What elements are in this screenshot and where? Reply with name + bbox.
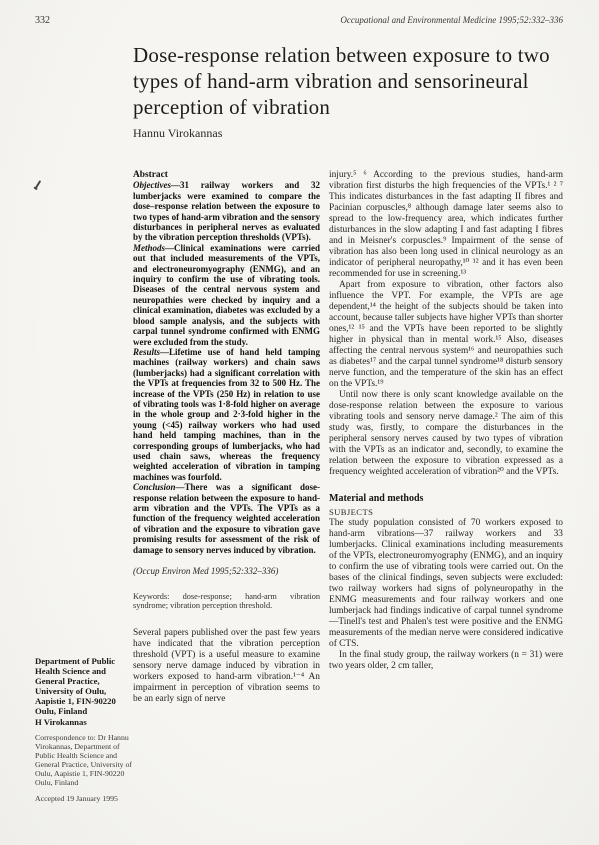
journal-citation-header: Occupational and Environmental Medicine … (340, 15, 563, 25)
affiliation-author: H Virokannas (35, 717, 132, 727)
abstract-conclusion: Conclusion—There was a significant dose-… (133, 482, 320, 555)
intro-paragraph-2: Apart from exposure to vibration, other … (329, 280, 563, 390)
abstract-section-label: Results (133, 347, 160, 357)
intro-paragraph-1: injury.⁵ ⁶ According to the previous stu… (329, 170, 563, 280)
paper-title: Dose-response relation between exposure … (133, 42, 569, 120)
margin-notes: Department of Public Health Science and … (35, 656, 132, 803)
abstract-section-text: —Clinical examinations were carried out … (133, 243, 320, 347)
intro-paragraph-left: Several papers published over the past f… (133, 628, 320, 705)
abstract-methods: Methods—Clinical examinations were carri… (133, 243, 320, 347)
abstract-section-label: Conclusion (133, 482, 176, 492)
right-column: injury.⁵ ⁶ According to the previous stu… (329, 170, 563, 705)
methods-section-heading: Material and methods (329, 493, 563, 505)
two-column-body: Abstract Objectives—31 railway workers a… (133, 170, 563, 705)
scanned-paper-page: { "page": { "page_number": "332", "journ… (0, 0, 599, 845)
abstract-section-label: Methods (133, 243, 165, 253)
methods-paragraph-2: In the final study group, the railway wo… (329, 650, 563, 672)
abstract-citation: (Occup Environ Med 1995;52:332–336) (133, 566, 320, 577)
intro-paragraph-3: Until now there is only scant knowledge … (329, 390, 563, 478)
abstract-section-label: Objectives (133, 180, 171, 190)
keywords-line: Keywords: dose-response; hand-arm vibrat… (133, 592, 320, 612)
abstract-section-text: —Lifetime use of hand held tamping machi… (133, 347, 320, 482)
header-page-number: 332 (35, 15, 50, 26)
abstract-results: Results—Lifetime use of hand held tampin… (133, 347, 320, 482)
pen-mark-icon (35, 180, 41, 189)
left-column: Abstract Objectives—31 railway workers a… (133, 170, 320, 705)
abstract-objectives: Objectives—31 railway workers and 32 lum… (133, 180, 320, 242)
author-name: Hannu Virokannas (133, 126, 222, 141)
abstract-section-text: —There was a significant dose-response r… (133, 482, 320, 554)
methods-paragraph-1: The study population consisted of 70 wor… (329, 518, 563, 650)
affiliation-address: Department of Public Health Science and … (35, 656, 132, 716)
abstract-heading: Abstract (133, 170, 320, 180)
correspondence-note: Correspondence to: Dr Hannu Virokannas, … (35, 733, 132, 787)
accepted-date: Accepted 19 January 1995 (35, 794, 132, 803)
subjects-subheading: SUBJECTS (329, 507, 563, 517)
